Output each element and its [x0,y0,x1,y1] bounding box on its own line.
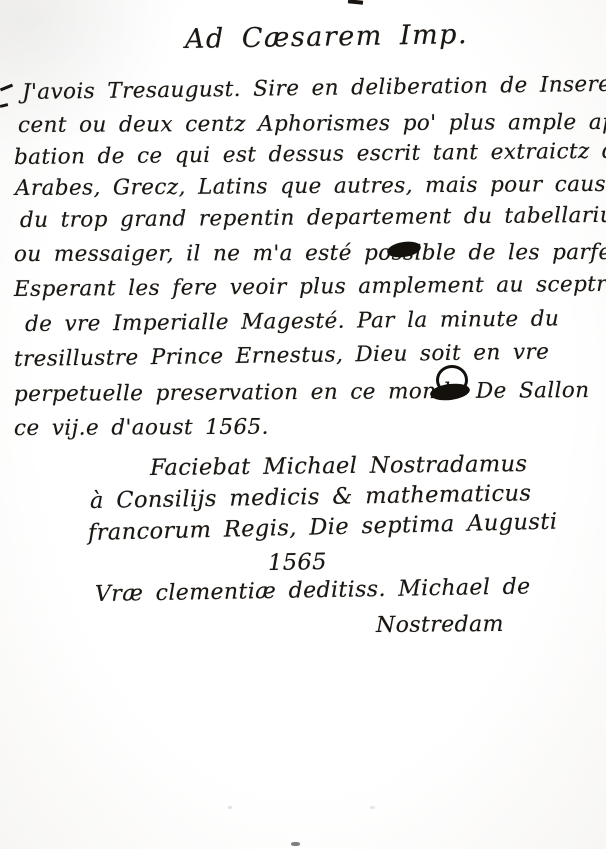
body-line-9: tresillustre Prince Ernestus, Dieu soit … [14,340,550,372]
subscription-line-2: à Consilijs medicis & mathematicus [90,480,532,514]
body-line-6: ou messaiger, il ne m'a esté possible de… [14,240,606,267]
signature-line-1: Vræ clementiæ deditiss. Michael de [95,574,531,607]
body-line-7: Esperant les fere veoir plus amplement a… [14,272,606,302]
letter-heading: Ad Cæsarem Imp. [185,19,469,55]
margin-ink-mark [0,103,8,108]
subscription-line-4: 1565 [268,549,327,576]
paper-speck [370,806,375,809]
subscription-line-1: Faciebat Michael Nostradamus [150,451,528,481]
body-line-10: perpetuelle preservation en ce monde De … [14,378,590,407]
body-line-4: Arabes, Grecz, Latins que autres, mais p… [15,172,606,201]
subscription-line-3: francorum Regis, Die septima Augusti [88,509,558,546]
body-line-3: bation de ce qui est dessus escrit tant … [14,138,606,170]
signature-line-2: Nostredam [376,612,504,638]
manuscript-page: Ad Cæsarem Imp. J'avois Tresaugust. Sire… [0,0,606,849]
body-line-2: cent ou deux centz Aphorismes po' plus a… [18,110,606,138]
margin-ink-mark [0,84,13,92]
body-line-1: J'avois Tresaugust. Sire en deliberation… [22,72,606,105]
paper-speck [228,806,232,809]
top-edge-ink-mark [348,0,363,5]
body-line-5: du trop grand repentin departement du ta… [20,203,606,233]
body-line-8: de vre Imperialle Magesté. Par la minute… [25,306,559,337]
body-line-11: ce vij.e d'aoust 1565. [14,415,269,441]
bottom-edge-smudge [291,842,300,846]
